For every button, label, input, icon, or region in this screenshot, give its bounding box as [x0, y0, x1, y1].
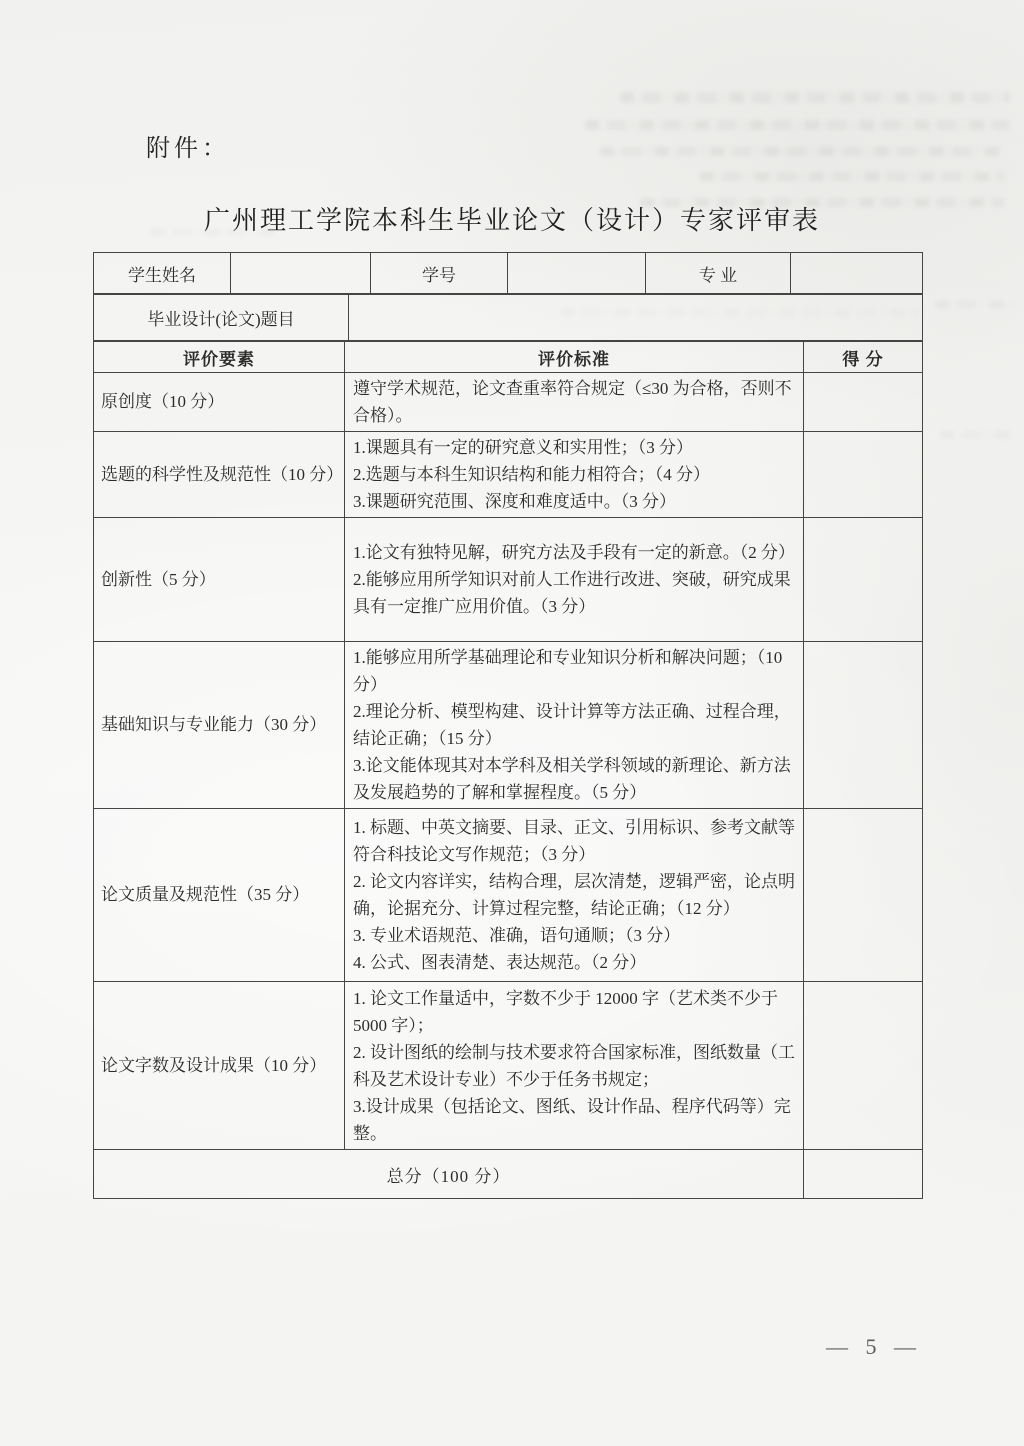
- evaluation-criteria: 1. 论文工作量适中，字数不少于 12000 字（艺术类不少于 5000 字）；…: [345, 982, 804, 1150]
- thesis-title-table: 毕业设计(论文)题目: [93, 294, 923, 341]
- criteria-line: 2. 设计图纸的绘制与技术要求符合国家标准，图纸数量（工科及艺术设计专业）不少于…: [353, 1039, 795, 1093]
- criteria-line: 3.论文能体现其对本学科及相关学科领域的新理论、新方法及发展趋势的了解和掌握程度…: [353, 752, 795, 806]
- evaluation-element-label: 论文质量及规范性（35 分）: [94, 809, 345, 982]
- bleed-through-artifact: [940, 430, 1015, 439]
- student-id-label: 学号: [371, 253, 508, 294]
- criteria-line: 1.课题具有一定的研究意义和实用性；（3 分）: [353, 434, 795, 461]
- evaluation-row: 原创度（10 分）遵守学术规范，论文查重率符合规定（≤30 为合格，否则不合格）…: [94, 373, 923, 432]
- criteria-line: 3. 专业术语规范、准确，语句通顺；（3 分）: [353, 922, 795, 949]
- score-field: [804, 432, 923, 518]
- evaluation-element-label: 基础知识与专业能力（30 分）: [94, 642, 345, 809]
- student-name-field: [231, 253, 371, 294]
- evaluation-row: 基础知识与专业能力（30 分）1.能够应用所学基础理论和专业知识分析和解决问题；…: [94, 642, 923, 809]
- total-score-field: [804, 1150, 923, 1199]
- evaluation-row: 创新性（5 分）1.论文有独特见解，研究方法及手段有一定的新意。（2 分）2.能…: [94, 518, 923, 642]
- evaluation-table: 评价要素 评价标准 得 分 原创度（10 分）遵守学术规范，论文查重率符合规定（…: [93, 341, 923, 1199]
- thesis-title-row: 毕业设计(论文)题目: [94, 295, 923, 341]
- score-field: [804, 642, 923, 809]
- evaluation-element-label: 创新性（5 分）: [94, 518, 345, 642]
- student-id-field: [508, 253, 646, 294]
- criteria-line: 4. 公式、图表清楚、表达规范。（2 分）: [353, 949, 795, 976]
- evaluation-criteria: 1.论文有独特见解，研究方法及手段有一定的新意。（2 分）2.能够应用所学知识对…: [345, 518, 804, 642]
- thesis-title-label: 毕业设计(论文)题目: [94, 295, 349, 341]
- evaluation-criteria: 1.课题具有一定的研究意义和实用性；（3 分）2.选题与本科生知识结构和能力相符…: [345, 432, 804, 518]
- column-header-element: 评价要素: [94, 342, 345, 373]
- thesis-title-field: [349, 295, 923, 341]
- evaluation-criteria: 1.能够应用所学基础理论和专业知识分析和解决问题；（10 分）2.理论分析、模型…: [345, 642, 804, 809]
- bleed-through-artifact: [935, 300, 1015, 309]
- criteria-line: 1.能够应用所学基础理论和专业知识分析和解决问题；（10 分）: [353, 644, 795, 698]
- evaluation-element-label: 论文字数及设计成果（10 分）: [94, 982, 345, 1150]
- total-score-row: 总分（100 分）: [94, 1150, 923, 1199]
- criteria-line: 1. 论文工作量适中，字数不少于 12000 字（艺术类不少于 5000 字）；: [353, 985, 795, 1039]
- student-info-table: 学生姓名 学号 专 业: [93, 252, 923, 294]
- page-number: — 5 —: [826, 1334, 922, 1360]
- major-field: [791, 253, 923, 294]
- evaluation-element-label: 选题的科学性及规范性（10 分）: [94, 432, 345, 518]
- attachment-label: 附件：: [146, 128, 230, 163]
- evaluation-row: 论文质量及规范性（35 分）1. 标题、中英文摘要、目录、正文、引用标识、参考文…: [94, 809, 923, 982]
- score-field: [804, 373, 923, 432]
- score-field: [804, 518, 923, 642]
- criteria-line: 遵守学术规范，论文查重率符合规定（≤30 为合格，否则不合格）。: [353, 375, 795, 429]
- column-header-score: 得 分: [804, 342, 923, 373]
- bleed-through-artifact: [620, 92, 1010, 103]
- evaluation-rows: 原创度（10 分）遵守学术规范，论文查重率符合规定（≤30 为合格，否则不合格）…: [94, 373, 923, 1150]
- evaluation-criteria: 1. 标题、中英文摘要、目录、正文、引用标识、参考文献等符合科技论文写作规范；（…: [345, 809, 804, 982]
- evaluation-header-row: 评价要素 评价标准 得 分: [94, 342, 923, 373]
- criteria-line: 3.设计成果（包括论文、图纸、设计作品、程序代码等）完整。: [353, 1093, 795, 1147]
- evaluation-row: 论文字数及设计成果（10 分）1. 论文工作量适中，字数不少于 12000 字（…: [94, 982, 923, 1150]
- score-field: [804, 809, 923, 982]
- evaluation-element-label: 原创度（10 分）: [94, 373, 345, 432]
- document-title: 广州理工学院本科生毕业论文（设计）专家评审表: [0, 200, 1024, 237]
- criteria-line: 1.论文有独特见解，研究方法及手段有一定的新意。（2 分）: [353, 539, 795, 566]
- criteria-line: 3.课题研究范围、深度和难度适中。（3 分）: [353, 488, 795, 515]
- evaluation-row: 选题的科学性及规范性（10 分）1.课题具有一定的研究意义和实用性；（3 分）2…: [94, 432, 923, 518]
- column-header-criteria: 评价标准: [345, 342, 804, 373]
- scanned-document-page: 附件： 广州理工学院本科生毕业论文（设计）专家评审表 学生姓名 学号 专 业 毕…: [0, 0, 1024, 1446]
- major-label: 专 业: [646, 253, 791, 294]
- student-name-label: 学生姓名: [94, 253, 231, 294]
- score-field: [804, 982, 923, 1150]
- bleed-through-artifact: [585, 120, 1010, 130]
- bleed-through-artifact: [600, 147, 1000, 156]
- bleed-through-artifact: [700, 172, 1005, 181]
- criteria-line: 1. 标题、中英文摘要、目录、正文、引用标识、参考文献等符合科技论文写作规范；（…: [353, 814, 795, 868]
- total-score-label: 总分（100 分）: [94, 1150, 804, 1199]
- criteria-line: 2.选题与本科生知识结构和能力相符合；（4 分）: [353, 461, 795, 488]
- student-info-row: 学生姓名 学号 专 业: [94, 253, 923, 294]
- evaluation-criteria: 遵守学术规范，论文查重率符合规定（≤30 为合格，否则不合格）。: [345, 373, 804, 432]
- criteria-line: 2.理论分析、模型构建、设计计算等方法正确、过程合理，结论正确；（15 分）: [353, 698, 795, 752]
- criteria-line: 2. 论文内容详实，结构合理，层次清楚，逻辑严密，论点明确，论据充分、计算过程完…: [353, 868, 795, 922]
- criteria-line: 2.能够应用所学知识对前人工作进行改进、突破，研究成果具有一定推广应用价值。（3…: [353, 566, 795, 620]
